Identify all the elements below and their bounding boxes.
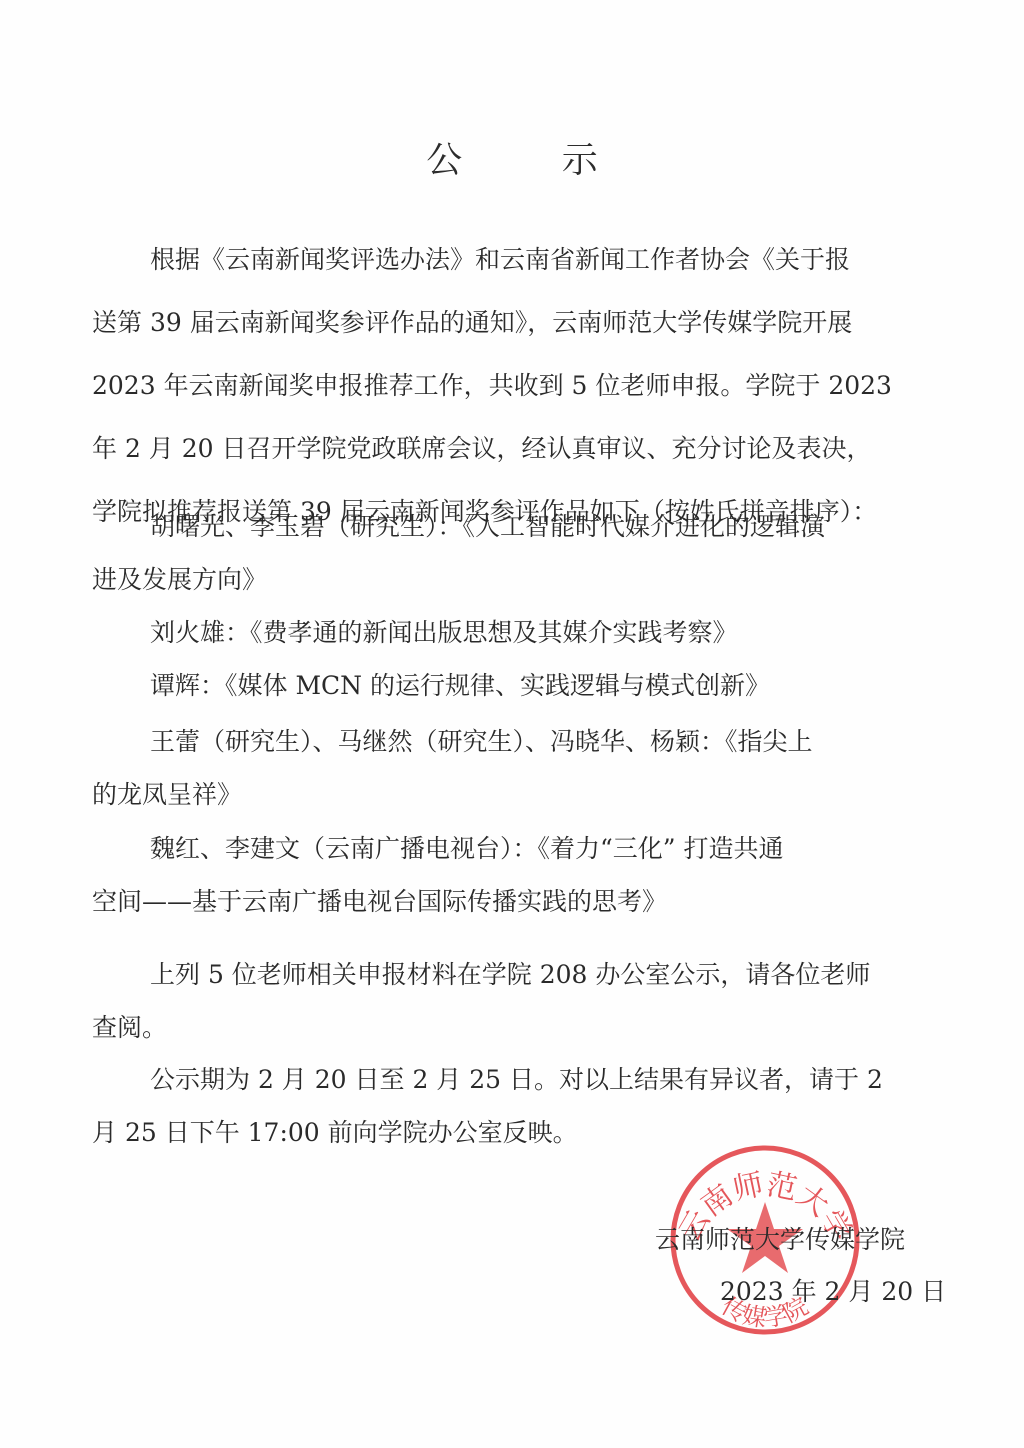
- entry-line: 魏红、李建文（云南广播电视台）：《着力“三化” 打造共通: [150, 834, 784, 864]
- signature-org: 云南师范大学传媒学院: [655, 1220, 905, 1256]
- text-line: 查阅。: [92, 1013, 167, 1043]
- text-line: 年 2 月 20 日召开学院党政联席会议，经认真审议、充分讨论及表决，: [92, 434, 872, 464]
- entry-line: 谭辉：《媒体 MCN 的运行规律、实践逻辑与模式创新》: [150, 671, 770, 701]
- text-line: 送第 39 届云南新闻奖参评作品的通知》，云南师范大学传媒学院开展: [92, 308, 852, 338]
- text-line: 上列 5 位老师相关申报材料在学院 208 办公室公示，请各位老师: [150, 960, 870, 990]
- entry-line: 王蕾（研究生）、马继然（研究生）、冯晓华、杨颖：《指尖上: [150, 727, 813, 757]
- text-line: 月 25 日下午 17:00 前向学院办公室反映。: [92, 1118, 578, 1148]
- text-line: 2023 年云南新闻奖申报推荐工作，共收到 5 位老师申报。学院于 2023: [92, 371, 892, 401]
- entry-line: 刘火雄：《费孝通的新闻出版思想及其媒介实践考察》: [150, 618, 738, 648]
- document-page: 公 示 根据《云南新闻奖评选办法》和云南省新闻工作者协会《关于报 送第 39 届…: [0, 0, 1024, 1448]
- entry-line: 进及发展方向》: [92, 565, 267, 595]
- text-line: 公示期为 2 月 20 日至 2 月 25 日。对以上结果有异议者，请于 2: [150, 1065, 883, 1095]
- signature-date: 2023 年 2 月 20 日: [720, 1272, 946, 1308]
- entry-line: 空间——基于云南广播电视台国际传播实践的思考》: [92, 887, 667, 917]
- text-line: 根据《云南新闻奖评选办法》和云南省新闻工作者协会《关于报: [150, 245, 850, 275]
- entry-line: 的龙凤呈祥》: [92, 780, 242, 810]
- entry-line: 胡曙光、李玉碧（研究生）：《人工智能时代媒介进化的逻辑演: [150, 512, 825, 542]
- page-title: 公 示: [0, 132, 1024, 183]
